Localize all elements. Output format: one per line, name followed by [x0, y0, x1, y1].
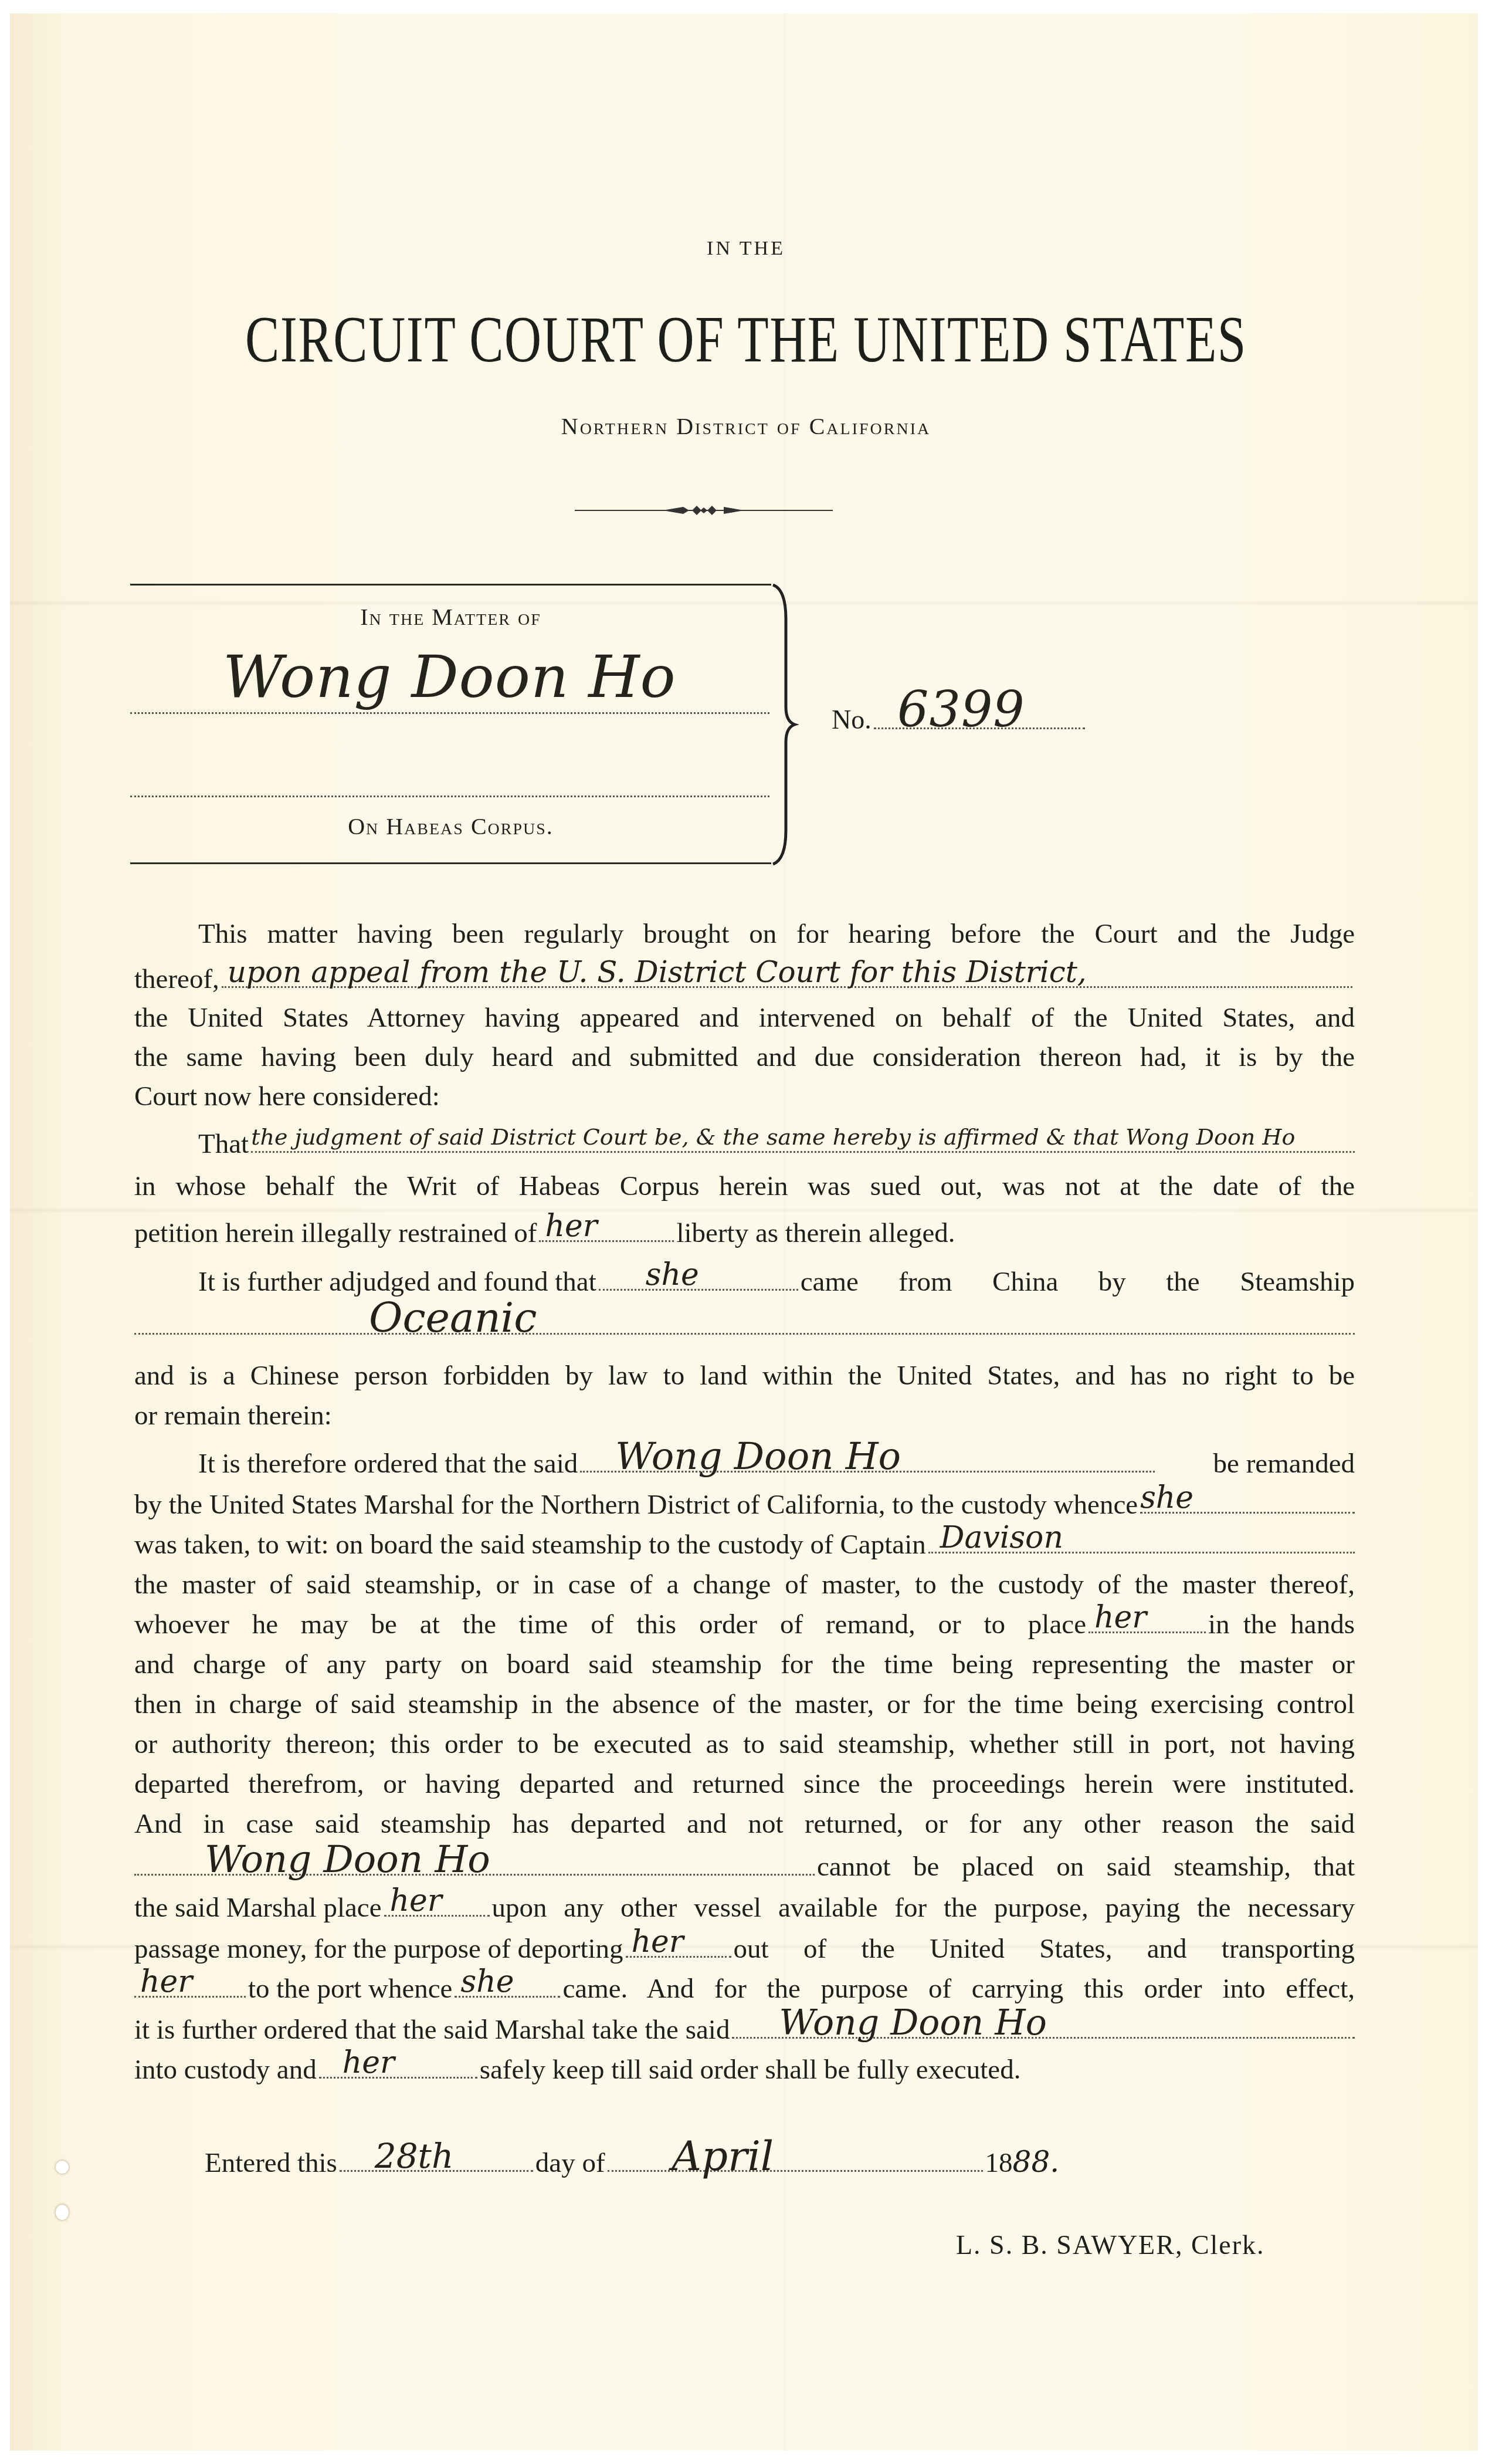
handwritten-entry: she — [646, 1257, 699, 1292]
fill-in-field: her — [319, 2053, 477, 2079]
fill-in-field: her — [539, 1217, 674, 1242]
body-line: by the United States Marshal for the Nor… — [134, 1487, 1355, 1522]
fill-in-field: her — [626, 1932, 731, 1958]
on-habeas-corpus-label: On Habeas Corpus. — [130, 813, 771, 840]
petitioner-name-line — [130, 712, 769, 714]
case-number-label: No. — [832, 704, 872, 735]
fill-in-field: she — [455, 1972, 560, 1998]
body-line: was taken, to wit: on board the said ste… — [134, 1527, 1355, 1562]
fill-in-field: her — [384, 1891, 490, 1917]
handwritten-entry: upon appeal from the U. S. District Cour… — [228, 955, 1087, 990]
handwritten-entry: Oceanic — [369, 1300, 537, 1335]
paper-fold — [10, 1207, 1478, 1213]
handwritten-entry: Davison — [940, 1520, 1063, 1555]
handwritten-day: 28th — [375, 2138, 453, 2174]
handwritten-entry: her — [545, 1209, 597, 1244]
caption-box-top-rule — [130, 584, 771, 585]
handwritten-year: 88. — [1013, 2144, 1060, 2179]
handwritten-entry: Wong Doon Ho — [205, 1842, 490, 1877]
right-brace-icon — [768, 584, 803, 865]
body-line: Wong Doon Ho cannot be placed on said st… — [134, 1849, 1355, 1884]
body-line: whoever he may be at the time of this or… — [134, 1607, 1355, 1642]
handwritten-entry: her — [1094, 1600, 1147, 1635]
body-line: and is a Chinese person forbidden by law… — [134, 1358, 1355, 1393]
clerk-signature: L. S. B. SAWYER, Clerk. — [956, 2229, 1265, 2260]
body-line: the master of said steamship, or in case… — [134, 1567, 1355, 1602]
fill-in-field: Davison — [928, 1528, 1355, 1553]
fill-in-field: Wong Doon Ho — [134, 1850, 815, 1876]
body-line: in whose behalf the Writ of Habeas Corpu… — [134, 1169, 1355, 1204]
fill-in-field: Wong Doon Ho — [580, 1447, 1155, 1473]
in-the-matter-of-label: In the Matter of — [130, 603, 771, 631]
handwritten-entry: Wong Doon Ho — [615, 1439, 901, 1474]
case-number: 6399 — [897, 681, 1025, 738]
fill-in-field: she — [599, 1265, 798, 1291]
fill-in-field: her — [1089, 1608, 1206, 1633]
fill-in-field: upon appeal from the U. S. District Cour… — [222, 963, 1352, 988]
handwritten-entry: her — [390, 1883, 442, 1918]
body-line: her to the port whence she came. And for… — [134, 1971, 1355, 2006]
body-line: into custody and her safely keep till sa… — [134, 2052, 1355, 2087]
fill-in-field: Wong Doon Ho — [732, 2013, 1355, 2039]
entered-line: Entered this 28th day of April 18 88. — [134, 2144, 1355, 2179]
handwritten-entry: her — [632, 1924, 684, 1959]
body-line: departed therefrom, or having departed a… — [134, 1766, 1355, 1802]
body-line: or authority thereon; this order to be e… — [134, 1727, 1355, 1762]
district-name: Northern District of California — [0, 412, 1492, 440]
body-line: That the judgment of said District Court… — [134, 1126, 1355, 1162]
body-line: passage money, for the purpose of deport… — [134, 1931, 1355, 1967]
court-title: CIRCUIT COURT OF THE UNITED STATES — [164, 302, 1328, 378]
body-line: Court now here considered: — [134, 1079, 1355, 1114]
body-line: the same having been duly heard and subm… — [134, 1040, 1355, 1075]
handwritten-month: April — [672, 2138, 774, 2174]
fill-in-field: the judgment of said District Court be, … — [251, 1128, 1355, 1153]
body-line: then in charge of said steamship in the … — [134, 1687, 1355, 1722]
entered-month-field: April — [608, 2147, 983, 2172]
body-line: or remain therein: — [134, 1398, 1355, 1433]
body-line: It is further adjudged and found that sh… — [134, 1264, 1355, 1299]
body-line: and charge of any party on board said st… — [134, 1647, 1355, 1682]
body-line: It is therefore ordered that the said Wo… — [134, 1446, 1355, 1481]
entered-day-field: 28th — [340, 2147, 533, 2172]
caption-blank-line — [130, 796, 769, 797]
ornamental-rule-icon — [575, 503, 833, 517]
body-line: This matter having been regularly brough… — [134, 916, 1355, 952]
body-line: it is further ordered that the said Mars… — [134, 2012, 1355, 2047]
fill-in-field: Oceanic — [134, 1309, 1355, 1335]
punch-hole — [56, 2161, 69, 2174]
fill-in-field: she — [1140, 1488, 1355, 1514]
body-line: Oceanic — [134, 1309, 1355, 1345]
body-line: petition herein illegally restrained of … — [134, 1216, 1355, 1251]
handwritten-entry: she — [1140, 1480, 1193, 1515]
handwritten-entry: Wong Doon Ho — [779, 2005, 1046, 2040]
handwritten-entry: the judgment of said District Court be, … — [251, 1119, 1295, 1155]
caption-box-bottom-rule — [130, 862, 771, 864]
handwritten-entry: her — [140, 1964, 192, 1999]
fill-in-field: her — [134, 1972, 246, 1998]
handwritten-entry: her — [343, 2045, 395, 2080]
punch-hole — [56, 2205, 69, 2220]
body-line: And in case said steamship has departed … — [134, 1806, 1355, 1842]
body-line: the said Marshal place her upon any othe… — [134, 1890, 1355, 1925]
body-line: the United States Attorney having appear… — [134, 1000, 1355, 1035]
body-line: thereof, upon appeal from the U. S. Dist… — [134, 962, 1355, 997]
handwritten-entry: she — [460, 1964, 514, 1999]
header-in-the: IN THE — [0, 238, 1492, 260]
petitioner-name: Wong Doon Ho — [223, 642, 676, 711]
